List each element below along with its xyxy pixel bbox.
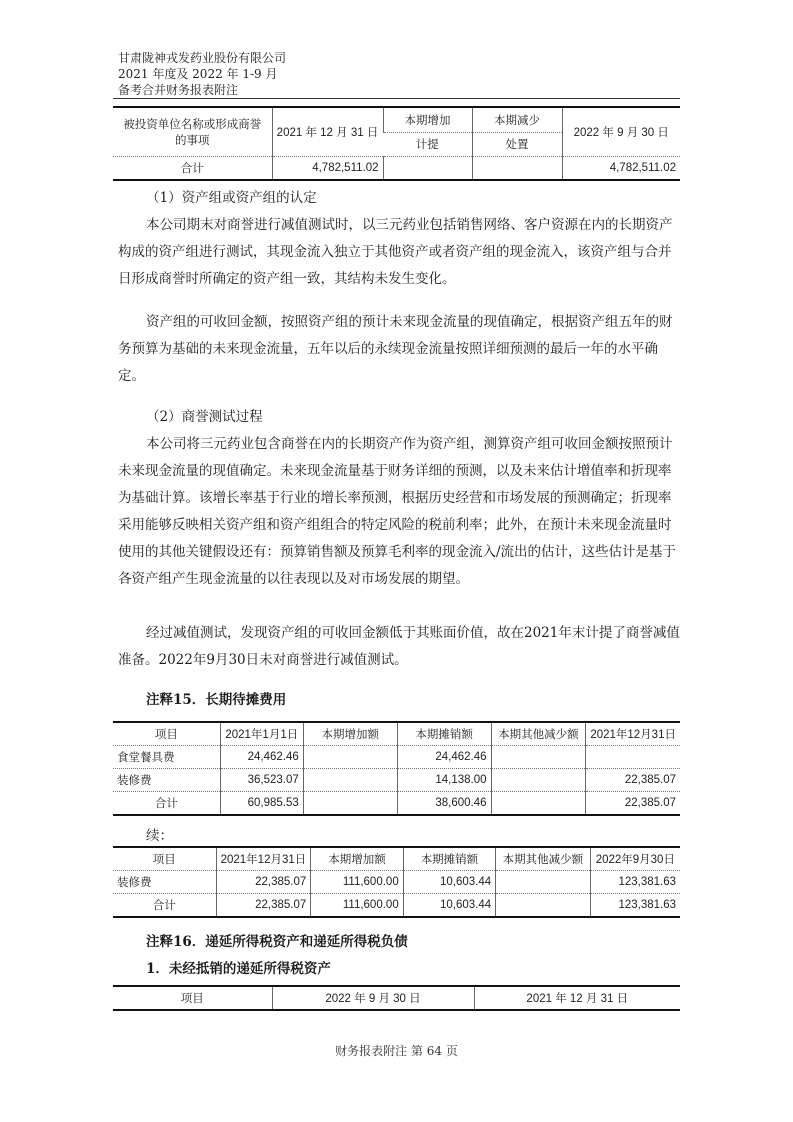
table-header-row: 被投资单位名称或形成商誉 的事项 2021 年 12 月 31 日 本期增加 本… — [113, 107, 680, 132]
report-period: 2021 年度及 2022 年 1-9 月 — [118, 66, 286, 82]
paragraph: 经过减值测试，发现资产组的可收回金额低于其账面价值，故在2021年末计提了商誉减… — [118, 620, 683, 674]
table-row: 装修费 22,385.07 111,600.00 10,603.44 123,3… — [113, 871, 680, 894]
deferred-tax-assets-table: 项目 2022 年 9 月 30 日 2021 年 12 月 31 日 — [113, 985, 680, 1011]
table-row-total: 合计 22,385.07 111,600.00 10,603.44 123,38… — [113, 894, 680, 918]
paragraph: 本公司将三元药业包含商誉在内的长期资产作为资产组，测算资产组可收回金额按照预计未… — [118, 431, 683, 593]
header-cell: 本期减少 — [472, 107, 562, 132]
table-header-row: 项目 2021年1月1日 本期增加额 本期摊销额 本期其他减少额 2021年12… — [113, 722, 680, 746]
note16-subtitle: 1．未经抵销的递延所得税资产 — [146, 957, 331, 977]
company-name: 甘肃陇神戎发药业股份有限公司 — [118, 50, 286, 66]
header-cell: 计提 — [383, 132, 472, 156]
continued-label: 续： — [146, 824, 173, 844]
table-header-row: 项目 2022 年 9 月 30 日 2021 年 12 月 31 日 — [113, 986, 680, 1010]
paragraph: 资产组的可收回金额，按照资产组的预计未来现金流量的现值确定，根据资产组五年的财务… — [118, 309, 683, 390]
long-term-prepaid-table-2021: 项目 2021年1月1日 本期增加额 本期摊销额 本期其他减少额 2021年12… — [113, 721, 680, 816]
paragraph: 本公司期末对商誉进行减值测试时，以三元药业包括销售网络、客户资源在内的长期资产构… — [118, 212, 683, 293]
header-cell: 2021 年 12 月 31 日 — [272, 107, 383, 157]
long-term-prepaid-table-2022: 项目 2021年12月31日 本期增加额 本期摊销额 本期其他减少额 2022年… — [113, 846, 680, 918]
document-title: 备考合并财务报表附注 — [118, 82, 286, 98]
table-row: 装修费 36,523.07 14,138.00 22,385.07 — [113, 769, 680, 792]
note15-title: 注释15．长期待摊费用 — [146, 688, 286, 708]
header-cell: 被投资单位名称或形成商誉 的事项 — [113, 107, 272, 157]
header-divider — [113, 98, 680, 99]
header-cell: 本期增加 — [383, 107, 472, 132]
section-heading-2: （2）商誉测试过程 — [146, 405, 263, 425]
note16-title: 注释16．递延所得税资产和递延所得税负债 — [146, 930, 408, 950]
document-header: 甘肃陇神戎发药业股份有限公司 2021 年度及 2022 年 1-9 月 备考合… — [118, 50, 286, 98]
header-cell: 处置 — [472, 132, 562, 156]
header-cell: 2022 年 9 月 30 日 — [562, 107, 680, 157]
goodwill-table: 被投资单位名称或形成商誉 的事项 2021 年 12 月 31 日 本期增加 本… — [113, 106, 680, 181]
table-row-total: 合计 60,985.53 38,600.46 22,385.07 — [113, 792, 680, 816]
table-row: 食堂餐具费 24,462.46 24,462.46 — [113, 746, 680, 769]
table-row: 合计 4,782,511.02 4,782,511.02 — [113, 157, 680, 181]
section-heading-1: （1）资产组或资产组的认定 — [146, 186, 317, 206]
table-header-row: 项目 2021年12月31日 本期增加额 本期摊销额 本期其他减少额 2022年… — [113, 847, 680, 871]
page-footer: 财务报表附注 第 64 页 — [0, 1042, 793, 1059]
